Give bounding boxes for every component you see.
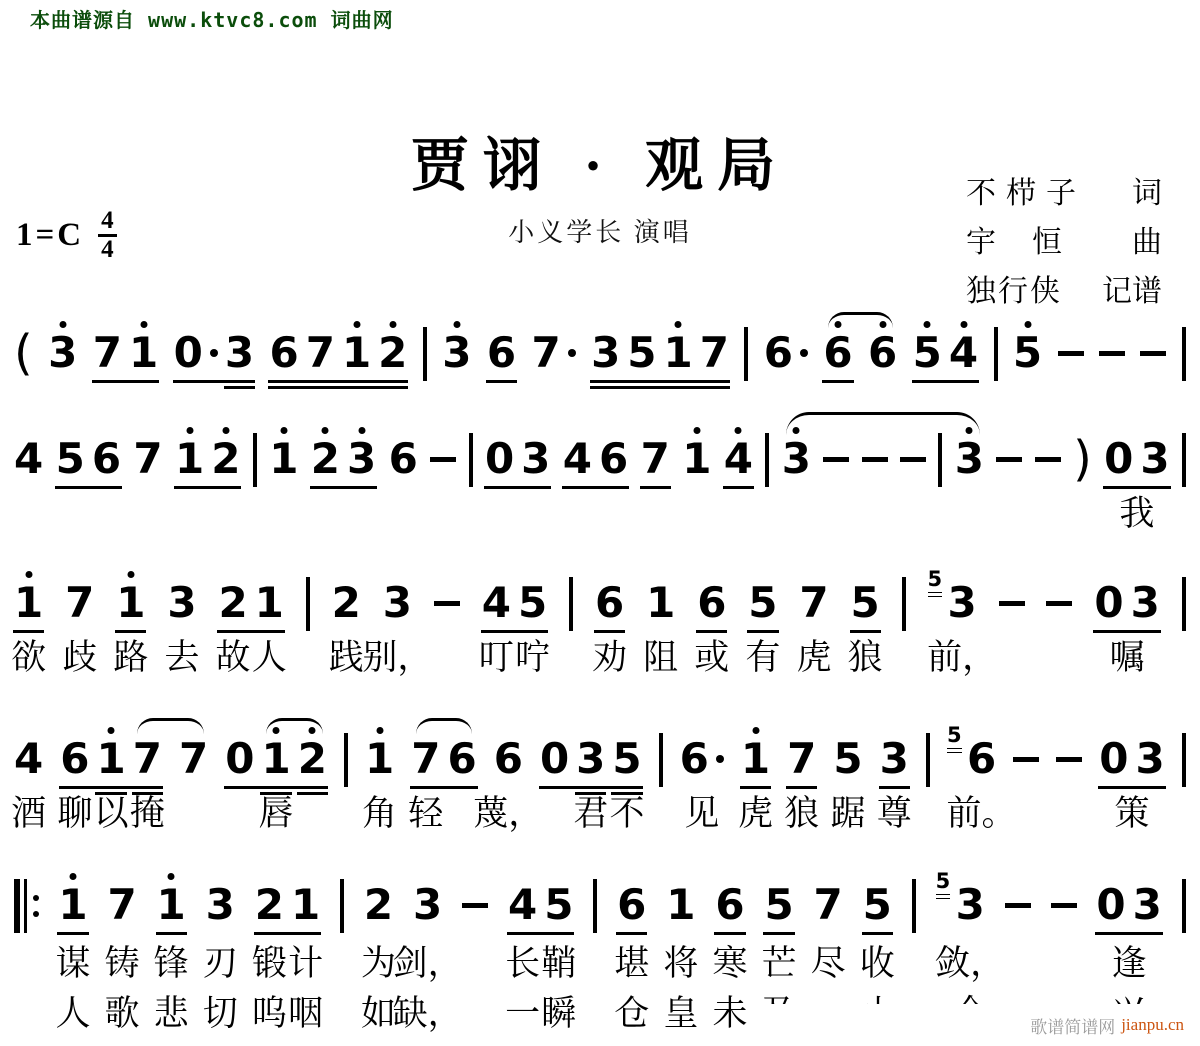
note-digit: 6 [967,736,996,782]
beam-group: 2锻呜1计咽 [255,882,320,928]
note-digit: 6 [494,736,523,782]
note-digit: 4 [949,330,978,376]
music-note: 6或 [697,580,726,626]
barline [912,879,916,933]
octave-dot [186,427,193,434]
music-note: 6寒未 [715,882,744,928]
source-note: 本曲谱源自 www.ktvc8.com 词曲网 [30,4,394,33]
duration-underline [297,792,328,795]
note-digit: 1 [291,882,320,928]
music-note: 6 [764,330,808,376]
duration-dash [862,457,888,462]
barline [765,433,769,487]
barline [744,327,748,381]
music-note: 7歧 [65,580,94,626]
lyric-syllable-verse2: 瞬 [541,994,576,1034]
duration-dash [823,457,849,462]
note-digit: 7 [133,436,162,482]
beam-group: 03嘱 [1094,580,1159,626]
duration-dash [462,903,488,908]
note-digit: 6 [764,330,793,376]
note-digit: 5 [833,736,862,782]
lyric-syllable: 蔑， [473,794,543,834]
barline [340,879,344,933]
note-digit: 0 [1094,580,1123,626]
music-note: 4叮 [482,580,511,626]
note-digit: 2 [311,436,340,482]
beam-group: 3517 [591,330,729,376]
repeat-thin-bar [24,879,27,933]
note-digit: 2 [332,580,361,626]
beam-group: 03 [485,436,550,482]
barline [344,733,348,787]
music-note: 0 [1094,580,1123,626]
lyric-syllable-verse2: 歌 [105,994,140,1034]
beam-line [1093,630,1160,633]
octave-dot [59,321,66,328]
beam-line [410,786,477,789]
duration-underline [822,380,853,383]
lyric-syllable: 有 [745,638,780,678]
barline [994,327,998,381]
lyric-syllable: 君 [573,794,608,834]
music-note: 6 [599,436,628,482]
beam-group: 12 [175,436,240,482]
note-digit: 4 [482,580,511,626]
duration-underline [224,386,255,389]
note-digit: 7 [641,436,670,482]
music-note: 5 [1013,330,1042,376]
music-note: 3刃切 [206,882,235,928]
note-digit: 7 [814,882,843,928]
music-note: 2 [311,436,340,482]
music-note: 4酒 [14,736,43,782]
lyric-syllable: 聊 [57,794,92,834]
beam-group: 4叮5咛 [482,580,547,626]
music-note: 3剑，缺， [413,882,442,928]
barline [593,879,597,933]
lyric-syllable: 踞 [831,794,866,834]
grace-note: 5 [936,870,951,892]
duration-underline [616,932,647,935]
music-note: 0 [540,736,569,782]
duration-underline [747,630,778,633]
lyric-syllable: 刃 [203,944,238,984]
lyric-syllable: 唇 [259,794,294,834]
beam-line [481,630,548,633]
beam-group: 7轻6 [411,736,476,782]
lyric-syllable-verse2: 缺， [393,994,463,1034]
music-note: 3尊 [880,736,909,782]
beam-group: 56 [56,436,121,482]
lyric-syllable: 践 [329,638,364,678]
music-line: 4567121236034671433)03我 [14,436,1186,487]
duration-dash [1051,903,1077,908]
music-note: 2为如 [364,882,393,928]
octave-dot [127,571,134,578]
note-digit: 4 [14,436,43,482]
note-digit: 5 [627,330,656,376]
credits-block: 不栉子 词 宇恒 曲 独行侠 记谱 [966,168,1162,310]
octave-dot [675,321,682,328]
music-note: 1人 [255,580,284,626]
beam-line [590,386,730,389]
duration-dash [996,457,1022,462]
beam-line [92,380,159,383]
duration-dash [1035,457,1061,462]
barline [1182,433,1186,487]
music-note: 1 [269,436,298,482]
octave-dot [25,571,32,578]
octave-dot [108,727,115,734]
beam-line [507,932,574,935]
lyric-syllable: 虎 [797,638,832,678]
duration-underline [486,380,517,383]
music-note: 56前。 [967,736,996,782]
duration-underline [696,630,727,633]
note-digit: 5 [612,736,641,782]
note-digit: 1 [664,330,693,376]
beam-line [1095,932,1162,935]
lyric-syllable: 狼 [848,638,883,678]
octave-dot [1024,321,1031,328]
lyric-syllable: 酒 [11,794,46,834]
octave-dot [453,321,460,328]
music-note: 5踞 [833,736,862,782]
note-digit: 2 [211,436,240,482]
duration-underline [786,786,817,789]
note-digit: 2 [298,736,327,782]
open-paren: ( [14,330,33,376]
music-note: 7 [531,330,575,376]
duration-underline [850,630,881,633]
music-note: 3去 [167,580,196,626]
note-digit: 7 [799,580,828,626]
note-digit: 6 [487,330,516,376]
beam-group: 6712 [269,330,407,376]
duration-underline [714,932,745,935]
music-note: 7尽 [814,882,843,928]
music-note: 7 [93,330,122,376]
note-digit: 4 [724,436,753,482]
key-signature: 1=C 4 4 [16,208,117,262]
lyric-syllable-verse2: 如 [361,994,396,1034]
beam-line [173,380,255,383]
note-digit: 5 [56,436,85,482]
music-note: 3 [347,436,376,482]
repeat-thick-bar [14,879,20,933]
lyric-syllable: 以 [94,794,129,834]
note-digit: 3 [1133,882,1162,928]
barline [1182,733,1186,787]
beam-group: 54 [913,330,978,376]
music-note: 6 [823,330,852,376]
lyric-syllable-verse2: 一 [505,994,540,1034]
lyric-syllable-verse2: 切 [203,994,238,1034]
lyric-syllable-verse2: 呜 [252,994,287,1034]
music-note: 7 [700,330,729,376]
credit-transcriber: 独行侠 记谱 [966,266,1162,310]
music-note: 0 [485,436,514,482]
credit-name: 宇恒 [966,217,1098,261]
lyric-syllable: 尊 [877,794,912,834]
music-note: 5咛 [518,580,547,626]
music-note: 3 [1140,436,1169,482]
note-digit: 4 [508,882,537,928]
music-line: 1欲7歧1路3去2故1人2践3别，4叮5咛6劝1阻6或5有7虎5狼53前，03嘱 [14,580,1186,631]
music-note: 3 [442,330,471,376]
note-digit: 3 [591,330,620,376]
note-digit: 4 [14,736,43,782]
octave-dot [140,321,147,328]
note-digit: 6 [617,882,646,928]
music-note: 5 [913,330,942,376]
note-digit: 6 [60,736,89,782]
note-digit: 7 [107,882,136,928]
note-digit: 1 [157,882,186,928]
music-note: 1阻 [646,580,675,626]
music-note: 7轻 [411,736,440,782]
note-digit: 0 [1099,736,1128,782]
note-digit: 6 [447,736,476,782]
note-digit: 3 [347,436,376,482]
beam-group: 23 [311,436,376,482]
note-digit: 3 [442,330,471,376]
music-note: 7 [306,330,335,376]
lyric-syllable-verse2: 皇 [663,994,698,1034]
note-digit: 2 [364,882,393,928]
note-digit: 1 [365,736,394,782]
music-note: 6蔑， [494,736,523,782]
beam-line [912,380,979,383]
note-digit: 3 [383,580,412,626]
lyric-syllable: 狼 [784,794,819,834]
note-digit: 3 [1135,736,1164,782]
augmentation-dot [210,349,218,357]
music-note: 5狼 [851,580,880,626]
music-note: 0 [225,736,254,782]
music-note: 0 [174,330,218,376]
duration-dash [1099,351,1125,356]
music-line: 4酒6聊1以7掩701唇21角7轻66蔑，03君5不6见1虎7狼5踞3尊56前。… [14,736,1186,787]
octave-dot [222,427,229,434]
duration-underline [740,786,771,789]
music-note: 2锻呜 [255,882,284,928]
music-note: 2 [298,736,327,782]
octave-dot [752,727,759,734]
music-note: 1 [664,330,693,376]
lyric-syllable: 锻 [252,944,287,984]
note-digit: 1 [261,736,290,782]
octave-dot [376,727,383,734]
barline [938,433,942,487]
duration-dash [999,601,1025,606]
note-digit: 1 [58,882,87,928]
music-note: 1角 [365,736,394,782]
barline [1182,577,1186,631]
note-digit: 1 [255,580,284,626]
beam-line [55,486,122,489]
grace-underline [936,894,951,896]
note-digit: 0 [485,436,514,482]
duration-underline [723,486,754,489]
grace-underline [947,752,962,754]
music-note: 5芒及 [764,882,793,928]
music-note: 3 [782,436,811,482]
lyric-syllable: 锋 [154,944,189,984]
music-note: 3 [1135,736,1164,782]
duration-underline [13,630,44,633]
duration-dash [434,601,460,606]
duration-dash [1056,757,1082,762]
note-digit: 3 [225,330,254,376]
lyric-syllable: 掩 [130,794,165,834]
lyric-syllable-verse2: 仓 [614,994,649,1034]
tie-arc [137,718,204,734]
note-digit: 3 [880,736,909,782]
duration-dash [1046,601,1072,606]
note-digit: 3 [48,330,77,376]
note-digit: 6 [697,580,726,626]
duration-underline [156,932,187,935]
duration-underline [57,932,88,935]
note-digit: 6 [389,436,418,482]
beam-group: 03策 [1099,736,1164,782]
note-digit: 5 [764,882,793,928]
music-note: 5不 [612,736,641,782]
barline [1182,327,1186,381]
music-note: 6 [868,330,897,376]
music-note: 3 [521,436,550,482]
beam-group: 4长一5鞘瞬 [508,882,573,928]
lyric-syllable: 芒 [762,944,797,984]
lyric-syllable: 铸 [105,944,140,984]
beam-line [59,786,163,789]
music-note: 3君 [576,736,605,782]
beam-group: 6聊1以7掩 [60,736,162,782]
octave-dot [389,321,396,328]
beam-line [254,932,321,935]
note-digit: 3 [576,736,605,782]
note-digit: 1 [14,580,43,626]
lyric-syllable: 轻 [408,794,443,834]
music-note: 3 [955,436,984,482]
lyric-syllable: 或 [694,638,729,678]
duration-underline [862,932,893,935]
meter-denominator: 4 [98,237,117,263]
lyric-syllable: 敛， [935,944,1005,984]
beam-group: 71 [93,330,158,376]
credit-name: 不栉子 [966,168,1086,212]
music-note: 6劝 [595,580,624,626]
lyric-syllable: 寒 [712,944,747,984]
note-digit: 3 [948,580,977,626]
lyric-syllable: 剑， [393,944,463,984]
note-digit: 1 [129,330,158,376]
music-note: 3 [1133,882,1162,928]
note-digit: 7 [65,580,94,626]
barline [469,433,473,487]
music-note: 5有 [748,580,777,626]
note-digit: 3 [956,882,985,928]
lyric-syllable: 不 [610,794,645,834]
note-digit: 5 [863,882,892,928]
beam-group: 2故1人 [218,580,283,626]
note-digit: 3 [955,436,984,482]
lyric-syllable: 虎 [738,794,773,834]
music-note: 5收止 [863,882,892,928]
beam-group: 03 [174,330,254,376]
repeat-dots [33,895,39,917]
note-digit: 3 [1140,436,1169,482]
octave-dot [353,321,360,328]
duration-underline [879,786,910,789]
close-paren: ) [1073,436,1092,482]
music-note: 6 [447,736,476,782]
music-note: 6 [92,436,121,482]
music-note: 3 [225,330,254,376]
note-digit: 1 [666,882,695,928]
grace-underline [928,592,943,594]
music-note: 2践 [332,580,361,626]
lyric-syllable: 为 [361,944,396,984]
music-note: 1 [342,330,371,376]
note-digit: 5 [851,580,880,626]
music-note: 7铸歌 [107,882,136,928]
grace-note: 5 [947,724,962,746]
octave-dot [168,873,175,880]
music-note: 7虎 [799,580,828,626]
note-digit: 4 [563,436,592,482]
beam-group: 46 [563,436,628,482]
music-note: 7掩 [133,736,162,782]
watermark-site-url: jianpu.cn [1121,1015,1184,1035]
music-note: 7 [641,436,670,482]
music-note: 0 [1104,436,1133,482]
barline [659,733,663,787]
beam-line [1098,786,1165,789]
tie-arc [266,718,323,734]
note-digit: 5 [748,580,777,626]
repeat-begin-sign [14,879,39,933]
note-digit: 6 [680,736,709,782]
barline [253,433,257,487]
credit-composer: 宇恒 曲 [966,217,1162,261]
music-note: 53前， [948,580,977,626]
lyric-syllable: 尽 [811,944,846,984]
note-digit: 7 [531,330,560,376]
beam-line [590,380,730,383]
music-note: 1虎 [741,736,770,782]
note-digit: 3 [1131,580,1160,626]
octave-dot [693,427,700,434]
credit-role: 曲 [1132,217,1162,261]
watermark-site-name: 歌谱简谱网 [1030,1013,1115,1038]
beam-line [484,486,551,489]
credit-name: 独行侠 [966,266,1062,310]
music-line: 1谋人7铸歌1锋悲3刃切2锻呜1计咽2为如3剑，缺，4长一5鞘瞬6堪仓1将皇6寒… [14,882,1186,933]
beam-group: 01唇2 [225,736,327,782]
note-digit: 3 [521,436,550,482]
lyric-syllable: 角 [362,794,397,834]
music-note: 6 [269,330,298,376]
grace-underline [928,596,943,598]
note-digit: 0 [1096,882,1125,928]
music-note: 6堪仓 [617,882,646,928]
beam-line [562,486,629,489]
time-signature: 4 4 [98,208,117,262]
note-digit: 1 [116,580,145,626]
